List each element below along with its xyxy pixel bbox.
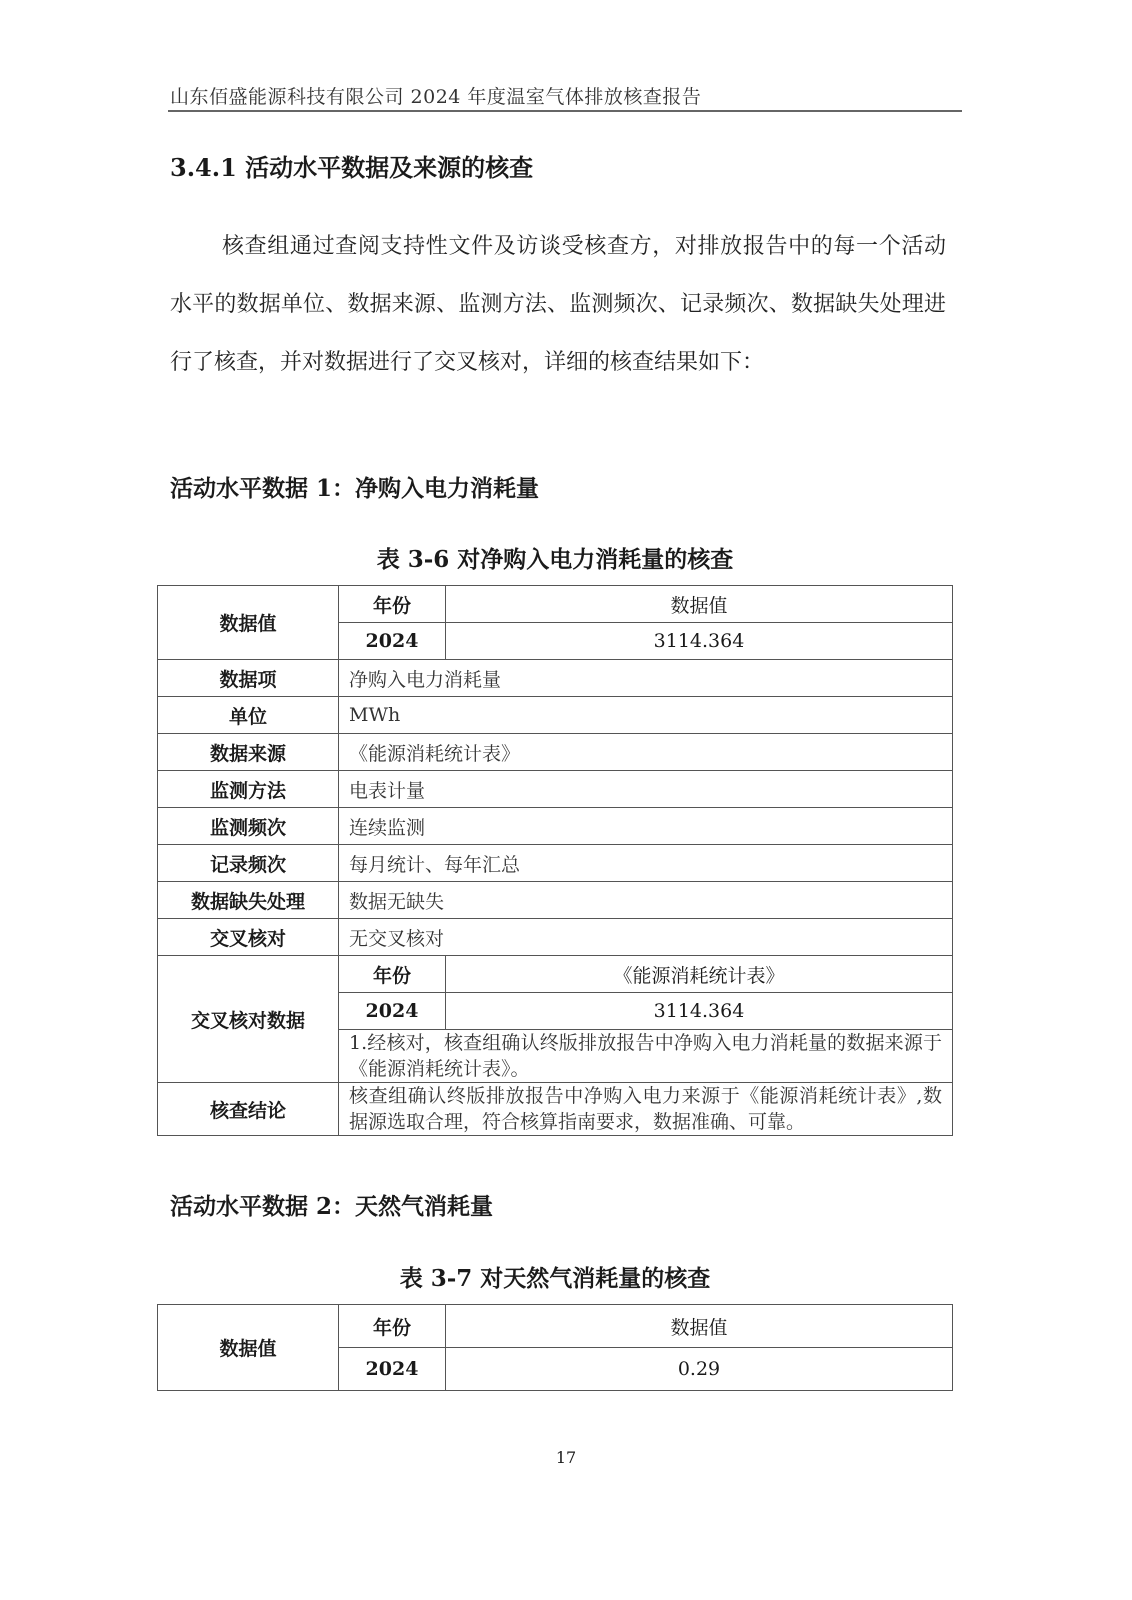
freq-label: 监测频次	[158, 808, 339, 845]
record-label: 记录频次	[158, 845, 339, 882]
item-label: 数据项	[158, 660, 339, 697]
value-header: 数据值	[446, 586, 953, 623]
source-value: 《能源消耗统计表》	[339, 734, 953, 771]
unit-value: MWh	[339, 697, 953, 734]
missing-label: 数据缺失处理	[158, 882, 339, 919]
cross-label: 交叉核对	[158, 919, 339, 956]
year-header: 年份	[339, 1305, 446, 1348]
page-number: 17	[0, 1448, 1132, 1467]
table-3-6-caption: 表 3-6 对净购入电力消耗量的核查	[157, 541, 953, 574]
running-header: 山东佰盛能源科技有限公司 2024 年度温室气体排放核查报告	[170, 82, 944, 109]
data-value-label: 数据值	[158, 1305, 339, 1391]
cross-value-cell: 3114.364	[446, 993, 953, 1030]
record-value: 每月统计、每年汇总	[339, 845, 953, 882]
data-value-label: 数据值	[158, 586, 339, 660]
value-cell: 3114.364	[446, 623, 953, 660]
cross-year-header: 年份	[339, 956, 446, 993]
header-rule	[168, 110, 962, 112]
method-label: 监测方法	[158, 771, 339, 808]
value-cell: 0.29	[446, 1348, 953, 1391]
method-value: 电表计量	[339, 771, 953, 808]
item-value: 净购入电力消耗量	[339, 660, 953, 697]
source-label: 数据来源	[158, 734, 339, 771]
conclusion-label: 核查结论	[158, 1083, 339, 1136]
missing-value: 数据无缺失	[339, 882, 953, 919]
table-3-7-caption: 表 3-7 对天然气消耗量的核查	[157, 1260, 953, 1293]
year-cell: 2024	[339, 1348, 446, 1391]
cross-value: 无交叉核对	[339, 919, 953, 956]
year-header: 年份	[339, 586, 446, 623]
unit-label: 单位	[158, 697, 339, 734]
activity2-subheading: 活动水平数据 2：天然气消耗量	[170, 1188, 493, 1221]
value-header: 数据值	[446, 1305, 953, 1348]
cross-year: 2024	[339, 993, 446, 1030]
intro-paragraph: 核查组通过查阅支持性文件及访谈受核查方，对排放报告中的每一个活动水平的数据单位、…	[170, 218, 946, 392]
cross-source-header: 《能源消耗统计表》	[446, 956, 953, 993]
table-3-6: 数据值 年份 数据值 2024 3114.364 数据项净购入电力消耗量 单位M…	[157, 585, 953, 1136]
year-cell: 2024	[339, 623, 446, 660]
conclusion-text: 核查组确认终版排放报告中净购入电力来源于《能源消耗统计表》,数据源选取合理，符合…	[339, 1083, 953, 1136]
section-heading: 3.4.1 活动水平数据及来源的核查	[170, 148, 533, 183]
freq-value: 连续监测	[339, 808, 953, 845]
cross-data-label: 交叉核对数据	[158, 956, 339, 1083]
table-3-7: 数据值 年份 数据值 2024 0.29	[157, 1304, 953, 1391]
cross-note: 1.经核对，核查组确认终版排放报告中净购入电力消耗量的数据来源于《能源消耗统计表…	[339, 1030, 953, 1083]
activity1-subheading: 活动水平数据 1：净购入电力消耗量	[170, 470, 539, 503]
